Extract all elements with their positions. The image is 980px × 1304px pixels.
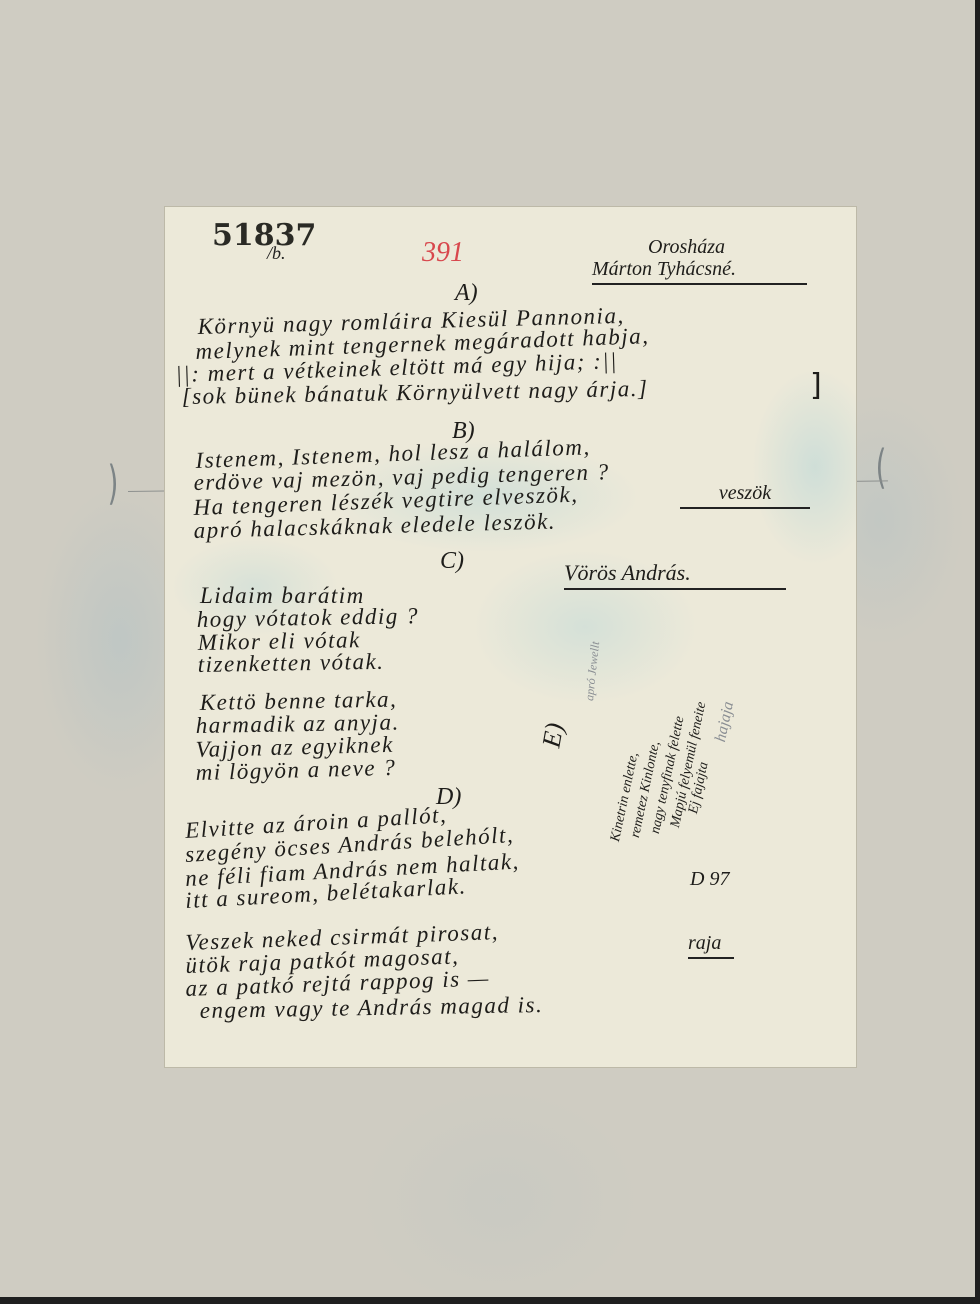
side-note-marker: E) (536, 721, 570, 750)
header-singer: Márton Tyhácsné. (592, 258, 807, 285)
section-c-line-4: tizenketten vótak. (198, 649, 385, 678)
header-place: Orosháza (648, 236, 725, 259)
closing-bracket: ] (810, 368, 822, 403)
section-c-label: C) (440, 548, 464, 575)
section-c-title: Vörös András. (564, 560, 786, 590)
red-catalog-number: 391 (422, 237, 464, 269)
margin-correction-veszok: veszök (680, 482, 810, 509)
margin-note-d97: D 97 (690, 868, 729, 891)
inventory-number: 51837 (212, 218, 316, 253)
inventory-suffix: /b. (267, 243, 286, 264)
margin-note-raja: raja (688, 932, 734, 959)
pencil-bracket-mark-left: ) (108, 456, 119, 510)
section-c-line-9: mi lögyön a neve ? (195, 755, 396, 786)
section-a-label: A) (455, 280, 478, 307)
pencil-bracket-mark-right: ( (876, 440, 887, 494)
